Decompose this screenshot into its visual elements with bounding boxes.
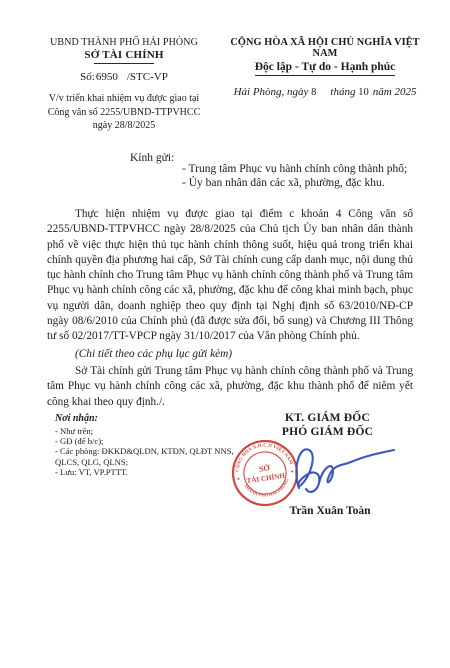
subject-line-2: Công văn số 2255/UBND-TTPVHCC xyxy=(30,106,218,120)
recipient-item-2: - Ủy ban nhân dân các xã, phường, đặc kh… xyxy=(182,177,407,191)
issuer-org-name: SỞ TÀI CHÍNH xyxy=(30,49,218,61)
issuer-underline xyxy=(94,63,154,64)
national-motto: Độc lập - Tự do - Hạnh phúc xyxy=(222,61,428,73)
motto-underline xyxy=(255,75,395,76)
document-number-suffix: /STC-VP xyxy=(127,71,168,83)
copy-recipients-label: Nơi nhận: xyxy=(55,413,235,424)
copy-recipient-item-1: - Như trên; xyxy=(55,426,235,436)
dateline-year-label: năm xyxy=(373,86,392,98)
date-line: Hải Phòng, ngày 8tháng 10năm 2025 xyxy=(222,86,428,98)
subject-line-1: V/v triển khai nhiệm vụ được giao tại xyxy=(30,92,218,106)
dateline-year: 2025 xyxy=(394,86,416,98)
issuer-parent-org: UBND THÀNH PHỐ HẢI PHÒNG xyxy=(30,37,218,48)
salutation-label: Kính gửi: xyxy=(130,152,174,164)
signer-position-line-1: KT. GIÁM ĐỐC xyxy=(240,412,415,426)
dateline-month-label: tháng xyxy=(330,86,355,98)
signature-ink-icon xyxy=(283,438,398,500)
issuer-header-block: UBND THÀNH PHỐ HẢI PHÒNG SỞ TÀI CHÍNH Số… xyxy=(30,37,218,133)
body-paragraph-2: Sở Tài chính gửi Trung tâm Phục vụ hành … xyxy=(47,364,413,410)
document-number-value: 6950 xyxy=(96,71,118,83)
copy-recipient-item-4: - Lưu: VT, VP.PTTT. xyxy=(55,467,235,477)
seal-center-line-2: TÀI CHÍNH xyxy=(246,472,286,485)
copy-recipient-item-2: - GĐ (để b/c); xyxy=(55,436,235,446)
copy-recipients-block: Nơi nhận: - Như trên; - GĐ (để b/c); - C… xyxy=(55,413,235,477)
recipient-list: - Trung tâm Phục vụ hành chính công thàn… xyxy=(182,163,407,190)
document-number-line: Số:6950/STC-VP xyxy=(30,71,218,83)
signer-position-line-2: PHÓ GIÁM ĐỐC xyxy=(240,426,415,440)
body-paragraph-1: Thực hiện nhiệm vụ được giao tại điểm c … xyxy=(47,207,413,345)
seal-center-line-1: SỞ xyxy=(258,462,271,474)
recipient-item-1: - Trung tâm Phục vụ hành chính công thàn… xyxy=(182,163,407,177)
attachment-note: (Chi tiết theo các phụ lục gửi kèm) xyxy=(75,347,413,362)
seal-star-left-icon: ★ xyxy=(236,476,241,482)
subject-block: V/v triển khai nhiệm vụ được giao tại Cô… xyxy=(30,92,218,133)
copy-recipient-item-3: - Các phòng: ĐKKD&QLDN, KTĐN, QLĐT NNS, … xyxy=(55,446,235,466)
dateline-place: Hải Phòng, ngày xyxy=(234,86,309,98)
national-title: CỘNG HÒA XÃ HỘI CHỦ NGHĨA VIỆT NAM xyxy=(222,37,428,59)
handwritten-signature xyxy=(283,438,398,500)
signer-name: Trần Xuân Toàn xyxy=(265,505,395,517)
dateline-month: 10 xyxy=(358,87,369,98)
copy-recipients-list: - Như trên; - GĐ (để b/c); - Các phòng: … xyxy=(55,426,235,477)
letter-body: Thực hiện nhiệm vụ được giao tại điểm c … xyxy=(47,207,413,410)
official-letter-page: UBND THÀNH PHỐ HẢI PHÒNG SỞ TÀI CHÍNH Số… xyxy=(0,0,450,668)
dateline-day: 8 xyxy=(311,87,316,98)
document-number-label: Số: xyxy=(80,71,95,83)
signature-title-block: KT. GIÁM ĐỐC PHÓ GIÁM ĐỐC xyxy=(240,412,415,439)
subject-line-3: ngày 28/8/2025 xyxy=(30,119,218,133)
national-header-block: CỘNG HÒA XÃ HỘI CHỦ NGHĨA VIỆT NAM Độc l… xyxy=(222,37,428,98)
